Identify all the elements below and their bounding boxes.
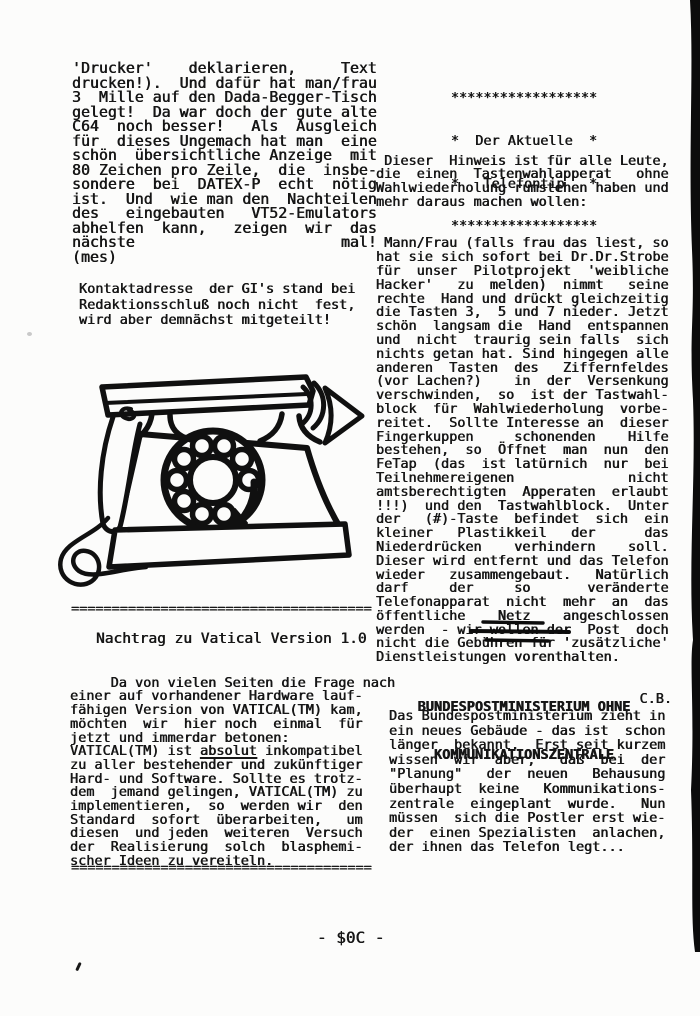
article-drucker-paragraph: 'Drucker' deklarieren, Text drucken!). U… xyxy=(72,61,377,264)
nachtrag-text-after: inkompatibel zu aller bestehender und zu… xyxy=(70,743,363,869)
nachtrag-paragraph: Da von vielen Seiten die Frage nach eine… xyxy=(70,663,395,882)
scanned-zine-page: 'Drucker' deklarieren, Text drucken!). U… xyxy=(0,0,700,1016)
bundespost-paragraph: Das Bundespostministerium zieht in ein n… xyxy=(389,709,665,855)
scan-smudge xyxy=(27,332,32,336)
telephone-illustration xyxy=(56,372,368,602)
handset-arrowhead xyxy=(325,388,362,443)
scan-edge-artifact xyxy=(687,0,700,954)
kontaktadresse-note: Kontaktadresse der GI's stand bei Redakt… xyxy=(79,282,355,329)
hinweis-paragraph: Dieser Hinweis ist für alle Leute, die e… xyxy=(376,155,672,210)
mannfrau-paragraph: Mann/Frau (falls frau das liest, so hat … xyxy=(376,237,672,665)
ink-speck xyxy=(75,962,81,971)
handdrawn-divider-strokes xyxy=(469,618,573,644)
header-stars-top: ****************** xyxy=(376,91,672,105)
section-divider-equals-top: ===================================== xyxy=(71,602,372,616)
section-divider-equals-bottom: ===================================== xyxy=(71,861,372,875)
nachtrag-heading: Nachtrag zu Vatical Version 1.0 xyxy=(96,632,367,647)
page-number: - $0C - xyxy=(317,929,384,946)
